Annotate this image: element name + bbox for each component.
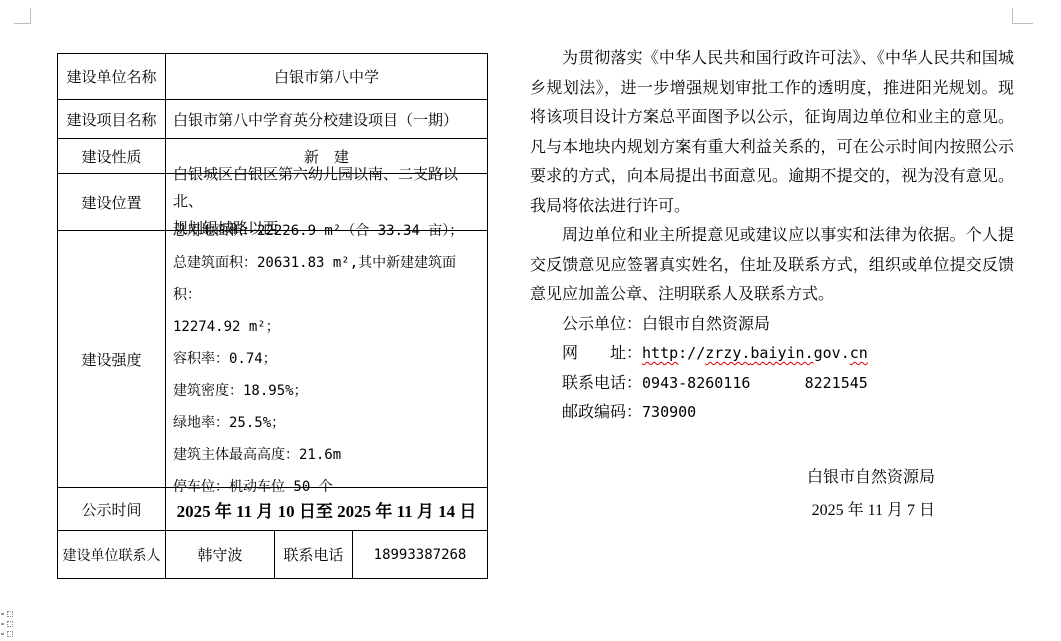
table-row-project-name: 建设项目名称 白银市第八中学育英分校建设项目（一期） [58, 99, 487, 138]
tel-value: 0943-8260116 8221545 [642, 374, 868, 392]
tel-label: 联系电话： [562, 375, 642, 392]
project-info-table: 建设单位名称 白银市第八中学 建设项目名称 白银市第八中学育英分校建设项目（一期… [57, 53, 488, 579]
row-label: 建设性质 [58, 139, 166, 173]
notice-text-block: 为贯彻落实《中华人民共和国行政许可法》、《中华人民共和国城乡规划法》，进一步增强… [530, 44, 1014, 527]
contact-person-name: 韩守波 [166, 531, 275, 578]
contact-line-website: 网 址：http://zrzy.baiyin.gov.cn [530, 339, 1014, 369]
table-row-unit-name: 建设单位名称 白银市第八中学 [58, 54, 487, 99]
row-label-phone: 联系电话 [275, 531, 353, 578]
row-label: 建设位置 [58, 174, 166, 230]
signature-date: 2025 年 11 月 7 日 [530, 494, 935, 527]
row-label: 建设单位名称 [58, 54, 166, 99]
notice-paragraph-2: 周边单位和业主所提意见或建议应以事实和法律为依据。个人提交反馈意见应签署真实姓名… [530, 221, 1014, 310]
contact-line-telephone: 联系电话：0943-8260116 8221545 [530, 369, 1014, 399]
table-row-notice-period: 公示时间 2025 年 11 月 10 日至 2025 年 11 月 14 日 [58, 487, 487, 530]
web-label: 网 址： [562, 345, 642, 362]
website-url: http://zrzy.baiyin.gov.cn [642, 345, 868, 362]
row-label: 公示时间 [58, 488, 166, 530]
contact-line-unit: 公示单位：白银市自然资源局 [530, 310, 1014, 340]
row-label: 建设项目名称 [58, 100, 166, 138]
unit-value: 白银市自然资源局 [642, 316, 770, 333]
signature-block: 白银市自然资源局 2025 年 11 月 7 日 [530, 461, 1014, 527]
row-value: 白银市第八中学 [166, 54, 487, 99]
row-value: 2025 年 11 月 10 日至 2025 年 11 月 14 日 [166, 488, 487, 530]
page-edge-dots-icon [1, 611, 13, 641]
row-label: 建设强度 [58, 231, 166, 487]
signature-org: 白银市自然资源局 [530, 461, 935, 494]
post-value: 730900 [642, 403, 696, 421]
row-value: 白银市第八中学育英分校建设项目（一期） [166, 100, 487, 138]
contact-person-phone: 18993387268 [353, 531, 487, 578]
unit-label: 公示单位： [562, 316, 642, 333]
contact-line-postcode: 邮政编码：730900 [530, 398, 1014, 428]
crop-mark-top-right-icon [1012, 8, 1033, 24]
row-label: 建设单位联系人 [58, 531, 166, 578]
row-value: 总用地面积：22226.9 m²（合 33.34 亩）； 总建筑面积：20631… [166, 231, 487, 487]
notice-paragraph-1: 为贯彻落实《中华人民共和国行政许可法》、《中华人民共和国城乡规划法》，进一步增强… [530, 44, 1014, 221]
table-row-intensity: 建设强度 总用地面积：22226.9 m²（合 33.34 亩）； 总建筑面积：… [58, 230, 487, 487]
document-page: { "document": { "table": { "rows": [ { "… [0, 0, 1061, 641]
post-label: 邮政编码： [562, 404, 642, 421]
table-row-contact-person: 建设单位联系人 韩守波 联系电话 18993387268 [58, 530, 487, 578]
crop-mark-top-left-icon [14, 8, 31, 24]
